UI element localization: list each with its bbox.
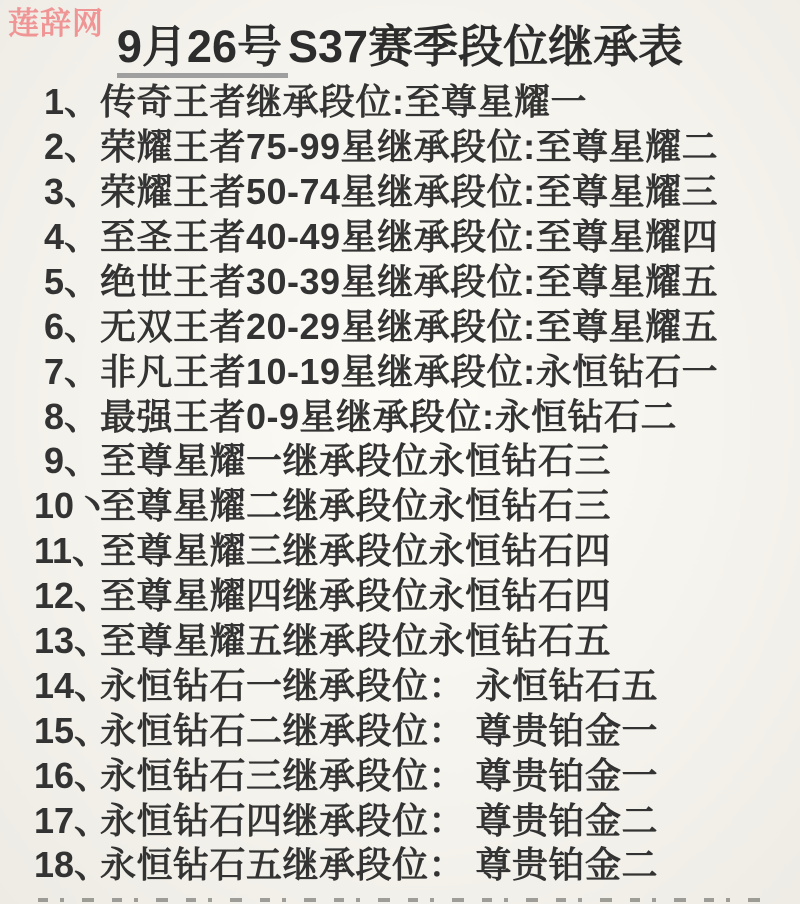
- item-number: 11、: [34, 533, 100, 569]
- item-text: 绝世王者30-39星继承段位:至尊星耀五: [100, 264, 718, 300]
- item-text: 至圣王者40-49星继承段位:至尊星耀四: [100, 219, 718, 255]
- inheritance-list: 1、 传奇王者继承段位:至尊星耀一 2、 荣耀王者75-99星继承段位:至尊星耀…: [0, 80, 800, 888]
- watermark: 莲辞网: [8, 8, 104, 39]
- item-number: 2、: [34, 129, 100, 165]
- list-item: 6、 无双王者20-29星继承段位:至尊星耀五: [34, 304, 800, 349]
- item-number: 14、: [34, 668, 100, 704]
- item-text: 无双王者20-29星继承段位:至尊星耀五: [100, 309, 718, 345]
- list-item: 7、 非凡王者10-19星继承段位:永恒钻石一: [34, 349, 800, 394]
- item-number: 7、: [34, 354, 100, 390]
- item-number: 15、: [34, 713, 100, 749]
- list-item: 9、 至尊星耀一继承段位永恒钻石三: [34, 439, 800, 484]
- item-number: 17、: [34, 803, 100, 839]
- item-number: 5、: [34, 264, 100, 300]
- list-item: 11、 至尊星耀三继承段位永恒钻石四: [34, 529, 800, 574]
- list-item: 17、 永恒钻石四继承段位： 尊贵铂金二: [34, 798, 800, 843]
- list-item: 4、 至圣王者40-49星继承段位:至尊星耀四: [34, 215, 800, 260]
- title-underlined-part: 9月26号: [117, 21, 288, 78]
- item-text: 传奇王者继承段位:至尊星耀一: [100, 84, 587, 120]
- item-number: 12、: [34, 578, 100, 614]
- list-item: 18、 永恒钻石五继承段位： 尊贵铂金二: [34, 843, 800, 888]
- page-title: 9月26号S37赛季段位继承表: [0, 0, 800, 75]
- list-item: 5、 绝世王者30-39星继承段位:至尊星耀五: [34, 259, 800, 304]
- list-item: 15、 永恒钻石二继承段位： 尊贵铂金一: [34, 708, 800, 753]
- item-text: 至尊星耀三继承段位永恒钻石四: [100, 533, 611, 569]
- item-text: 永恒钻石五继承段位： 尊贵铂金二: [100, 847, 658, 883]
- list-item: 10丶 至尊星耀二继承段位永恒钻石三: [34, 484, 800, 529]
- item-text: 至尊星耀四继承段位永恒钻石四: [100, 578, 611, 614]
- page: 莲辞网 9月26号S37赛季段位继承表 1、 传奇王者继承段位:至尊星耀一 2、…: [0, 0, 800, 904]
- item-text: 最强王者0-9星继承段位:永恒钻石二: [100, 399, 677, 435]
- item-number: 10丶: [34, 488, 100, 524]
- list-item: 8、 最强王者0-9星继承段位:永恒钻石二: [34, 394, 800, 439]
- item-number: 8、: [34, 399, 100, 435]
- cutoff-text-remnant: [38, 896, 766, 904]
- title-rest: S37赛季段位继承表: [288, 21, 683, 72]
- item-number: 16、: [34, 758, 100, 794]
- item-number: 3、: [34, 174, 100, 210]
- item-text: 荣耀王者50-74星继承段位:至尊星耀三: [100, 174, 718, 210]
- item-number: 1、: [34, 84, 100, 120]
- item-text: 永恒钻石四继承段位： 尊贵铂金二: [100, 803, 658, 839]
- item-text: 至尊星耀一继承段位永恒钻石三: [100, 443, 611, 479]
- list-item: 14、 永恒钻石一继承段位： 永恒钻石五: [34, 663, 800, 708]
- item-number: 4、: [34, 219, 100, 255]
- item-number: 18、: [34, 847, 100, 883]
- list-item: 2、 荣耀王者75-99星继承段位:至尊星耀二: [34, 125, 800, 170]
- item-number: 13、: [34, 623, 100, 659]
- item-number: 9、: [34, 443, 100, 479]
- list-item: 12、 至尊星耀四继承段位永恒钻石四: [34, 574, 800, 619]
- list-item: 16、 永恒钻石三继承段位： 尊贵铂金一: [34, 753, 800, 798]
- item-text: 永恒钻石三继承段位： 尊贵铂金一: [100, 758, 658, 794]
- list-item: 13、 至尊星耀五继承段位永恒钻石五: [34, 619, 800, 664]
- item-text: 荣耀王者75-99星继承段位:至尊星耀二: [100, 129, 718, 165]
- item-number: 6、: [34, 309, 100, 345]
- item-text: 非凡王者10-19星继承段位:永恒钻石一: [100, 354, 718, 390]
- item-text: 永恒钻石二继承段位： 尊贵铂金一: [100, 713, 658, 749]
- item-text: 至尊星耀二继承段位永恒钻石三: [100, 488, 611, 524]
- item-text: 至尊星耀五继承段位永恒钻石五: [100, 623, 611, 659]
- item-text: 永恒钻石一继承段位： 永恒钻石五: [100, 668, 658, 704]
- list-item: 1、 传奇王者继承段位:至尊星耀一: [34, 80, 800, 125]
- list-item: 3、 荣耀王者50-74星继承段位:至尊星耀三: [34, 170, 800, 215]
